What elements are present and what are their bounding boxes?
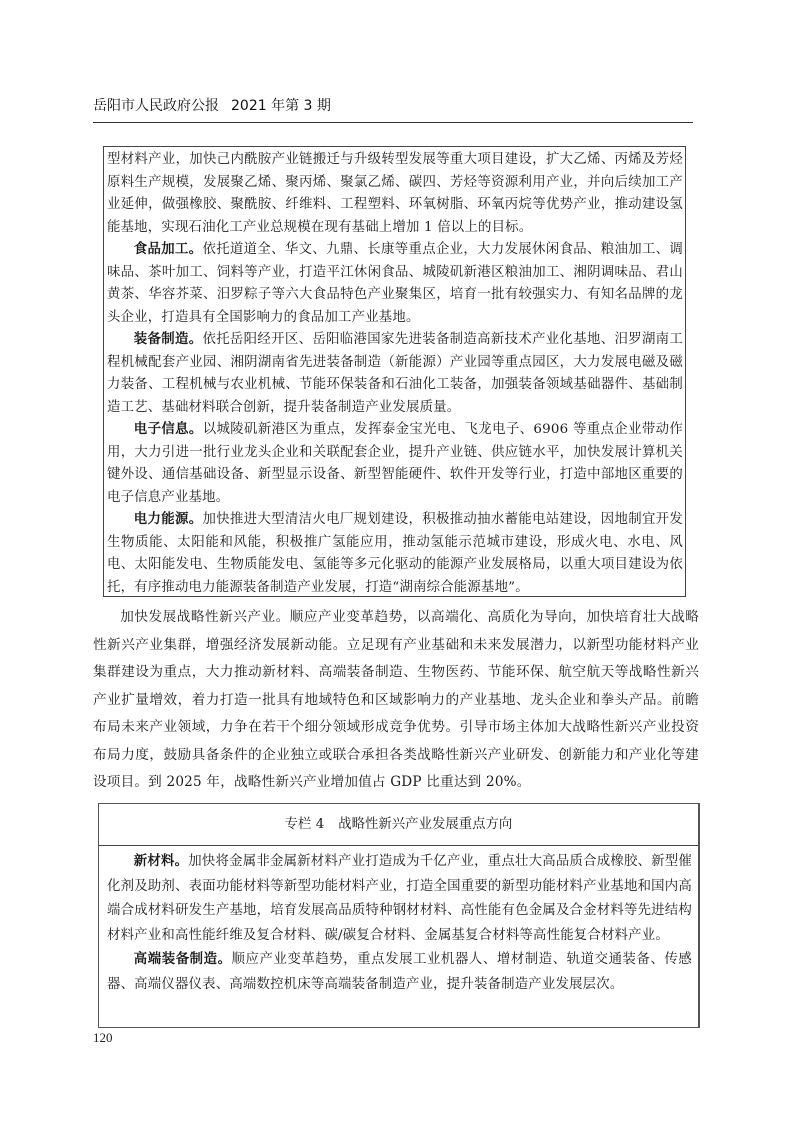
box-paragraph-high-end-equipment: 高端装备制造。顺应产业变革趋势，重点发展工业机器人、增材制造、轨道交通装备、传感…	[107, 948, 692, 997]
box-paragraph: 型材料产业，加快己内酰胺产业链搬迁与升级转型发展等重大项目建设，扩大乙烯、丙烯及…	[107, 149, 683, 239]
publication-title: 岳阳市人民政府公报	[93, 98, 219, 114]
box-content: 新材料。加快将金属非金属新材料产业打造成为千亿产业，重点壮大高品质合成橡胶、新型…	[99, 846, 698, 997]
box-paragraph-food: 食品加工。依托道道全、华文、九鼎、长康等重点企业，大力发展休闲食品、粮油加工、调…	[107, 239, 683, 329]
paragraph-heading: 电力能源。	[134, 512, 203, 527]
page-header: 岳阳市人民政府公报2021 年第 3 期	[93, 96, 693, 123]
page-number: 120	[93, 1030, 113, 1046]
box-paragraph-energy: 电力能源。加快推进大型清洁火电厂规划建设，积极推动抽水蓄能电站建设，因地制宜开发…	[107, 509, 683, 599]
sidebar-box-industries: 型材料产业，加快己内酰胺产业链搬迁与升级转型发展等重大项目建设，扩大乙烯、丙烯及…	[103, 146, 686, 597]
box-title: 专栏 4战略性新兴产业发展重点方向	[99, 804, 698, 846]
body-paragraph: 加快发展战略性新兴产业。顺应产业变革趋势，以高端化、高质化为导向，加快培育壮大战…	[93, 604, 699, 797]
paragraph-heading: 高端装备制造。	[134, 952, 232, 967]
box-number: 专栏 4	[285, 817, 325, 832]
box-paragraph-equipment: 装备制造。依托岳阳经开区、岳阳临港国家先进装备制造高新技术产业化基地、汨罗湖南工…	[107, 329, 683, 419]
box-paragraph-new-materials: 新材料。加快将金属非金属新材料产业打造成为千亿产业，重点壮大高品质合成橡胶、新型…	[107, 850, 692, 948]
issue-number: 2021 年第 3 期	[231, 98, 331, 114]
body-section: 加快发展战略性新兴产业。顺应产业变革趋势，以高端化、高质化为导向，加快培育壮大战…	[93, 604, 699, 797]
paragraph-heading: 装备制造。	[134, 332, 203, 347]
sidebar-box-emerging-industries: 专栏 4战略性新兴产业发展重点方向 新材料。加快将金属非金属新材料产业打造成为千…	[98, 803, 700, 1028]
paragraph-heading: 食品加工。	[134, 242, 203, 257]
box-title-text: 战略性新兴产业发展重点方向	[338, 817, 512, 832]
paragraph-heading: 电子信息。	[134, 422, 203, 437]
box-paragraph-electronics: 电子信息。以城陵矶新港区为重点，发挥泰金宝光电、飞龙电子、6906 等重点企业带…	[107, 419, 683, 509]
paragraph-heading: 新材料。	[134, 854, 188, 869]
